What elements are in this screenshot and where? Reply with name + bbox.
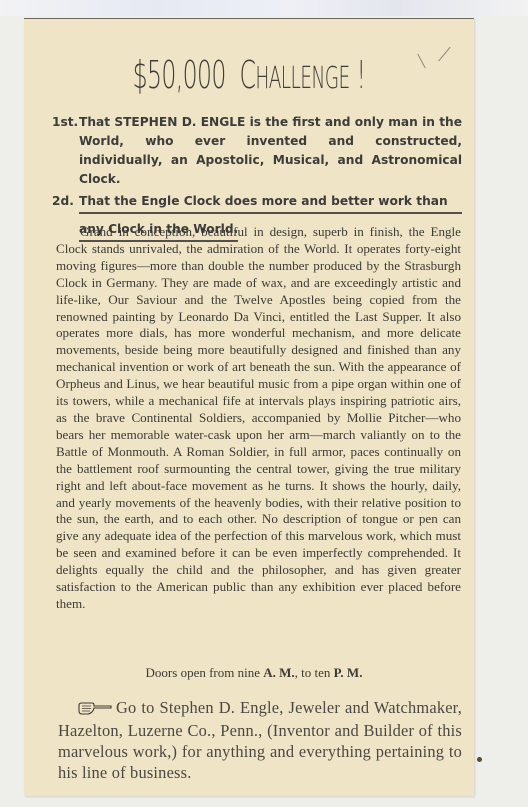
description-paragraph: Grand in conception, beautiful in design…: [56, 224, 461, 613]
headline-amount: $50,000: [133, 53, 226, 97]
paper-blemish: [477, 757, 482, 762]
headline-word-initial: C: [239, 53, 255, 97]
claim-text-line: That the Engle Clock does more and bette…: [79, 192, 462, 214]
handbill-paper: $50,000 CHALLENGE ! 1st. That STEPHEN D.…: [24, 18, 474, 796]
scanner-edge: [0, 0, 528, 16]
claim-number: 2d.: [52, 192, 74, 211]
headline-exclaim: !: [357, 53, 366, 97]
claim-text: That STEPHEN D. ENGLE is the first and o…: [79, 113, 462, 189]
opening-hours: Doors open from nine A. M., to ten P. M.: [24, 665, 474, 681]
pencil-mark: [438, 47, 450, 61]
headline-word-rest: HALLENGE: [255, 61, 349, 96]
pointing-hand-icon: [78, 699, 112, 720]
hours-close: P. M.: [334, 665, 363, 680]
hours-open: A. M.: [263, 665, 294, 680]
footer-text: Go to Stephen D. Engle, Jeweler and Watc…: [58, 698, 462, 782]
claim-first: 1st. That STEPHEN D. ENGLE is the first …: [52, 113, 462, 189]
hours-middle: , to ten: [295, 665, 334, 680]
claim-number: 1st.: [52, 113, 78, 132]
advertisement-footer: Go to Stephen D. Engle, Jeweler and Watc…: [58, 697, 462, 783]
hours-prefix: Doors open from nine: [146, 665, 264, 680]
headline: $50,000 CHALLENGE !: [110, 53, 389, 101]
pencil-mark: [417, 54, 425, 69]
